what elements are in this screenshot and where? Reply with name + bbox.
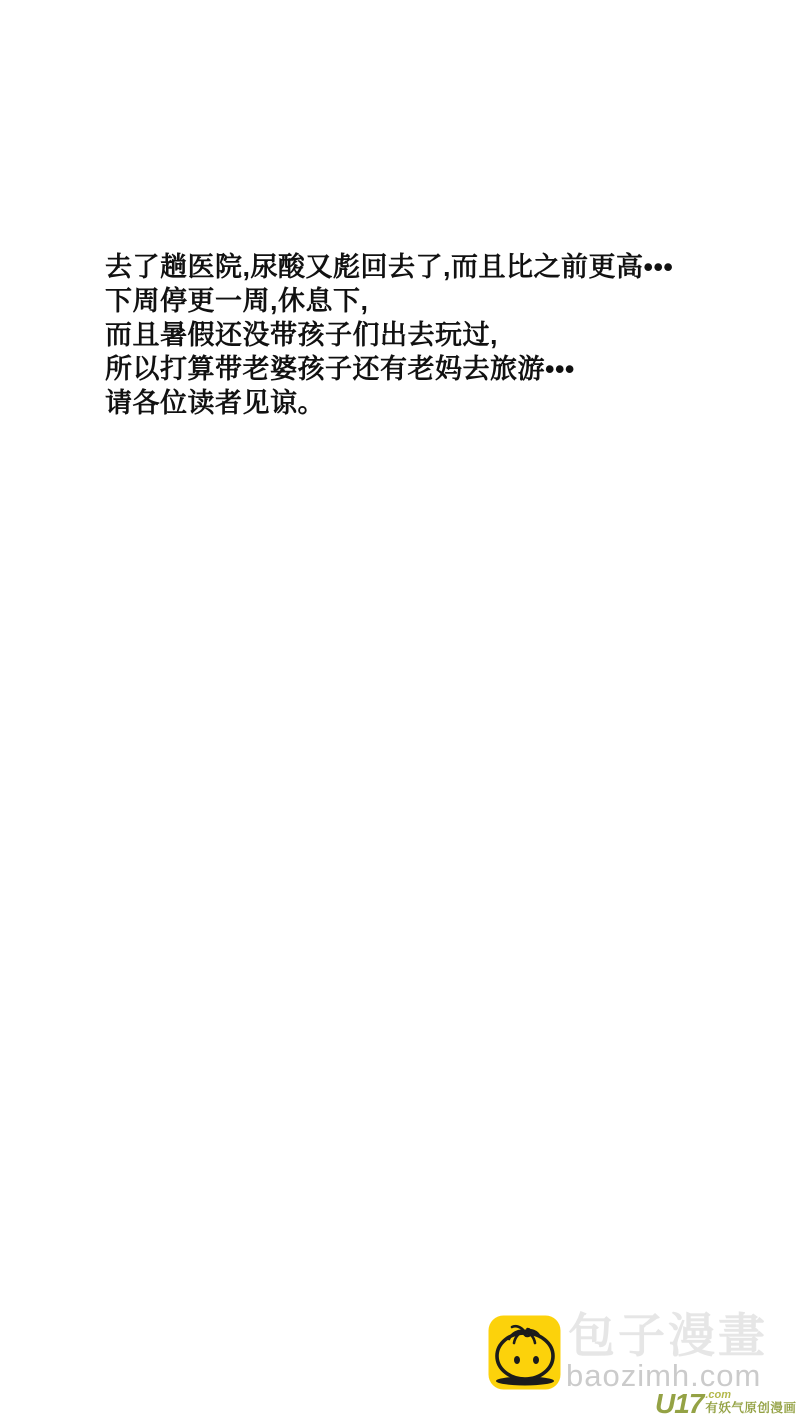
announcement-text-block: 去了趟医院,尿酸又彪回去了,而且比之前更高••• 下周停更一周,休息下, 而且暑… <box>105 250 705 420</box>
announcement-line: 下周停更一周,休息下, <box>105 284 705 318</box>
u17-brand-text: U17 <box>655 1390 703 1418</box>
bun-pleats <box>509 1326 540 1343</box>
baozi-bun-icon <box>488 1315 561 1390</box>
announcement-line: 而且暑假还没带孩子们出去玩过, <box>105 318 705 352</box>
site-watermark: 包子漫畫 baozimh.com U17 .com 有妖气原创漫画 <box>0 0 800 1422</box>
bun-body <box>497 1333 553 1379</box>
icon-background <box>489 1316 561 1390</box>
bun-shadow <box>496 1377 554 1386</box>
announcement-line: 请各位读者见谅。 <box>105 386 705 420</box>
bun-right-eye <box>533 1356 539 1364</box>
announcement-line: 所以打算带老婆孩子还有老妈去旅游••• <box>105 352 705 386</box>
watermark-site-name: 包子漫畫 <box>568 1311 768 1361</box>
u17-tagline-text: 有妖气原创漫画 <box>705 1401 796 1415</box>
comic-page: 去了趟医院,尿酸又彪回去了,而且比之前更高••• 下周停更一周,休息下, 而且暑… <box>0 0 800 1422</box>
watermark-site-domain: baozimh.com <box>566 1359 761 1392</box>
bun-left-eye <box>514 1356 520 1364</box>
u17-tld-text: .com <box>705 1390 796 1401</box>
announcement-line: 去了趟医院,尿酸又彪回去了,而且比之前更高••• <box>105 250 705 284</box>
u17-logo-block: U17 .com 有妖气原创漫画 <box>655 1390 796 1418</box>
